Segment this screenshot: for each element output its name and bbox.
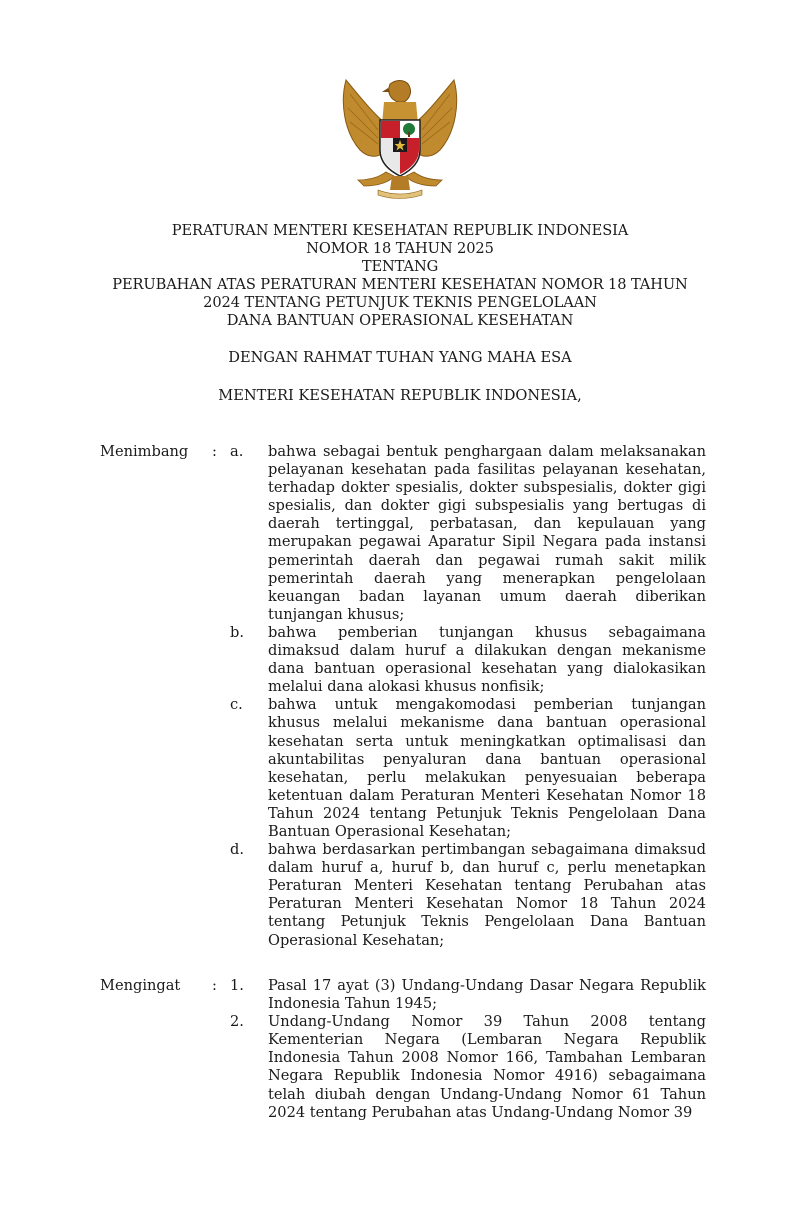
item-number: c. [230,696,243,714]
list-item: 1. Pasal 17 ayat (3) Undang-Undang Dasar… [230,977,706,1013]
regulation-title: PERATURAN MENTERI KESEHATAN REPUBLIK IND… [80,222,720,330]
list-item: b. bahwa pemberian tunjangan khusus seba… [230,624,706,696]
invocation-text: DENGAN RAHMAT TUHAN YANG MAHA ESA [80,349,720,366]
item-text: bahwa berdasarkan pertimbangan sebagaima… [268,841,706,950]
authority-text: MENTERI KESEHATAN REPUBLIK INDONESIA, [80,387,720,404]
section-colon: : [212,977,217,995]
item-number: b. [230,624,244,642]
title-line: PERATURAN MENTERI KESEHATAN REPUBLIK IND… [80,222,720,240]
menimbang-section: Menimbang : a. bahwa sebagai bentuk peng… [100,443,706,950]
item-number: 1. [230,977,244,995]
garuda-pancasila-emblem-icon [338,72,462,202]
mengingat-section: Mengingat : 1. Pasal 17 ayat (3) Undang-… [100,977,706,1122]
item-text: bahwa sebagai bentuk penghargaan dalam m… [268,443,706,624]
title-line: 2024 TENTANG PETUNJUK TEKNIS PENGELOLAAN [80,294,720,312]
title-line: DANA BANTUAN OPERASIONAL KESEHATAN [80,312,720,330]
title-line: PERUBAHAN ATAS PERATURAN MENTERI KESEHAT… [80,276,720,294]
section-colon: : [212,443,217,461]
list-item: c. bahwa untuk mengakomodasi pemberian t… [230,696,706,841]
section-label: Menimbang [100,443,188,461]
item-text: Undang-Undang Nomor 39 Tahun 2008 tentan… [268,1013,706,1122]
list-item: d. bahwa berdasarkan pertimbangan sebaga… [230,841,706,950]
item-number: d. [230,841,244,859]
item-text: bahwa untuk mengakomodasi pemberian tunj… [268,696,706,841]
item-number: 2. [230,1013,244,1031]
item-number: a. [230,443,243,461]
document-page: PERATURAN MENTERI KESEHATAN REPUBLIK IND… [0,0,800,1223]
section-label: Mengingat [100,977,180,995]
item-text: Pasal 17 ayat (3) Undang-Undang Dasar Ne… [268,977,706,1013]
list-item: 2. Undang-Undang Nomor 39 Tahun 2008 ten… [230,1013,706,1122]
item-text: bahwa pemberian tunjangan khusus sebagai… [268,624,706,696]
title-line: NOMOR 18 TAHUN 2025 [80,240,720,258]
title-line: TENTANG [80,258,720,276]
list-item: a. bahwa sebagai bentuk penghargaan dala… [230,443,706,624]
